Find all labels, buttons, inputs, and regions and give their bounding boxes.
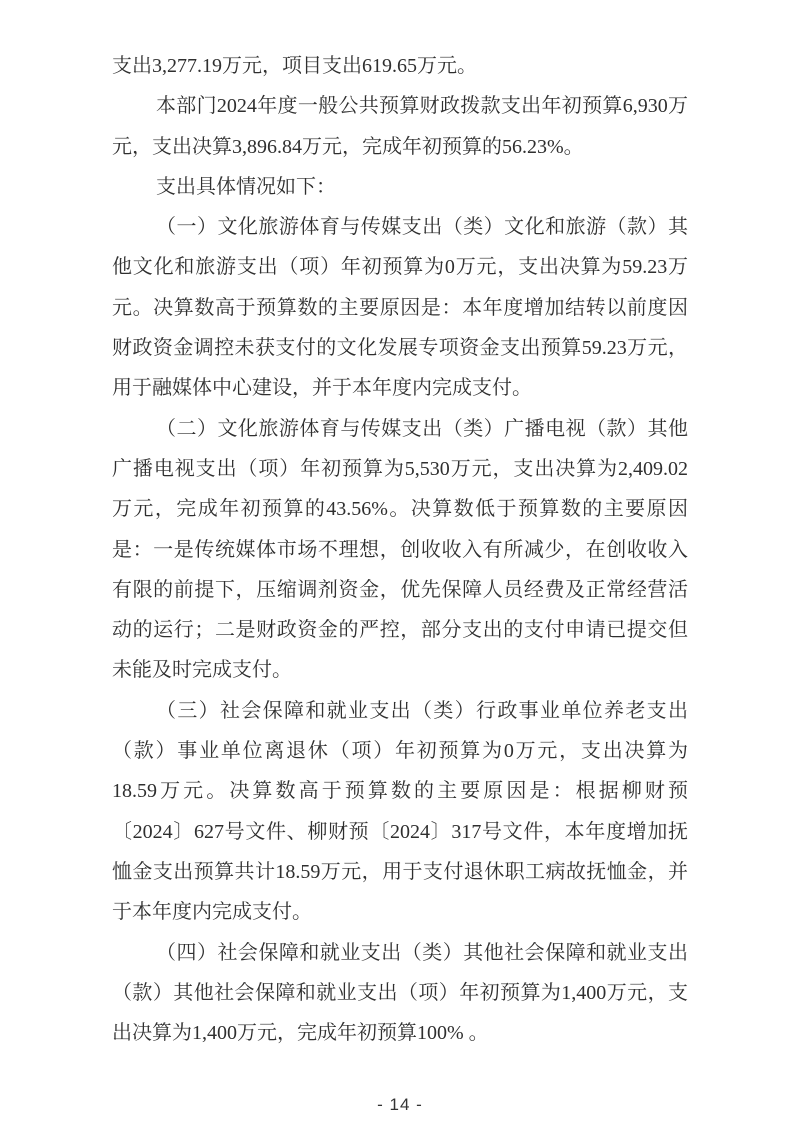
text-line: 支出3,277.19万元，项目支出619.65万元。 bbox=[112, 46, 688, 86]
text-line: （款）事业单位离退休（项）年初预算为0万元，支出决算为 bbox=[112, 731, 688, 771]
text-line: （一）文化旅游体育与传媒支出（类）文化和旅游（款）其 bbox=[112, 207, 688, 247]
text-line: 万元，完成年初预算的43.56%。决算数低于预算数的主要原因 bbox=[112, 489, 688, 529]
text-line: 有限的前提下，压缩调剂资金，优先保障人员经费及正常经营活 bbox=[112, 570, 688, 610]
text-line: 用于融媒体中心建设，并于本年度内完成支付。 bbox=[112, 368, 688, 408]
text-line: 于本年度内完成支付。 bbox=[112, 892, 688, 932]
text-line: （三）社会保障和就业支出（类）行政事业单位养老支出 bbox=[112, 691, 688, 731]
text-line: 动的运行；二是财政资金的严控，部分支出的支付申请已提交但 bbox=[112, 610, 688, 650]
text-line: 广播电视支出（项）年初预算为5,530万元，支出决算为2,409.02 bbox=[112, 449, 688, 489]
page-footer: - 14 - bbox=[0, 1095, 800, 1115]
text-line: （四）社会保障和就业支出（类）其他社会保障和就业支出 bbox=[112, 933, 688, 973]
text-line: 本部门2024年度一般公共预算财政拨款支出年初预算6,930万 bbox=[112, 86, 688, 126]
body-text: 支出3,277.19万元，项目支出619.65万元。本部门2024年度一般公共预… bbox=[112, 46, 688, 1053]
text-line: 出决算为1,400万元，完成年初预算100% 。 bbox=[112, 1013, 688, 1053]
text-line: 未能及时完成支付。 bbox=[112, 650, 688, 690]
document-page: 支出3,277.19万元，项目支出619.65万元。本部门2024年度一般公共预… bbox=[0, 0, 800, 1131]
text-line: （款）其他社会保障和就业支出（项）年初预算为1,400万元，支 bbox=[112, 973, 688, 1013]
text-line: 是：一是传统媒体市场不理想，创收收入有所减少，在创收收入 bbox=[112, 530, 688, 570]
text-line: 18.59万元。决算数高于预算数的主要原因是：根据柳财预 bbox=[112, 771, 688, 811]
text-line: 他文化和旅游支出（项）年初预算为0万元，支出决算为59.23万 bbox=[112, 247, 688, 287]
page-number: - 14 - bbox=[377, 1095, 423, 1114]
text-line: 恤金支出预算共计18.59万元，用于支付退休职工病故抚恤金，并 bbox=[112, 852, 688, 892]
text-line: 元，支出决算3,896.84万元，完成年初预算的56.23%。 bbox=[112, 127, 688, 167]
text-line: 元。决算数高于预算数的主要原因是：本年度增加结转以前度因 bbox=[112, 288, 688, 328]
text-line: （二）文化旅游体育与传媒支出（类）广播电视（款）其他 bbox=[112, 409, 688, 449]
text-line: 〔2024〕627号文件、柳财预〔2024〕317号文件，本年度增加抚 bbox=[112, 812, 688, 852]
text-line: 财政资金调控未获支付的文化发展专项资金支出预算59.23万元， bbox=[112, 328, 688, 368]
text-line: 支出具体情况如下： bbox=[112, 167, 688, 207]
